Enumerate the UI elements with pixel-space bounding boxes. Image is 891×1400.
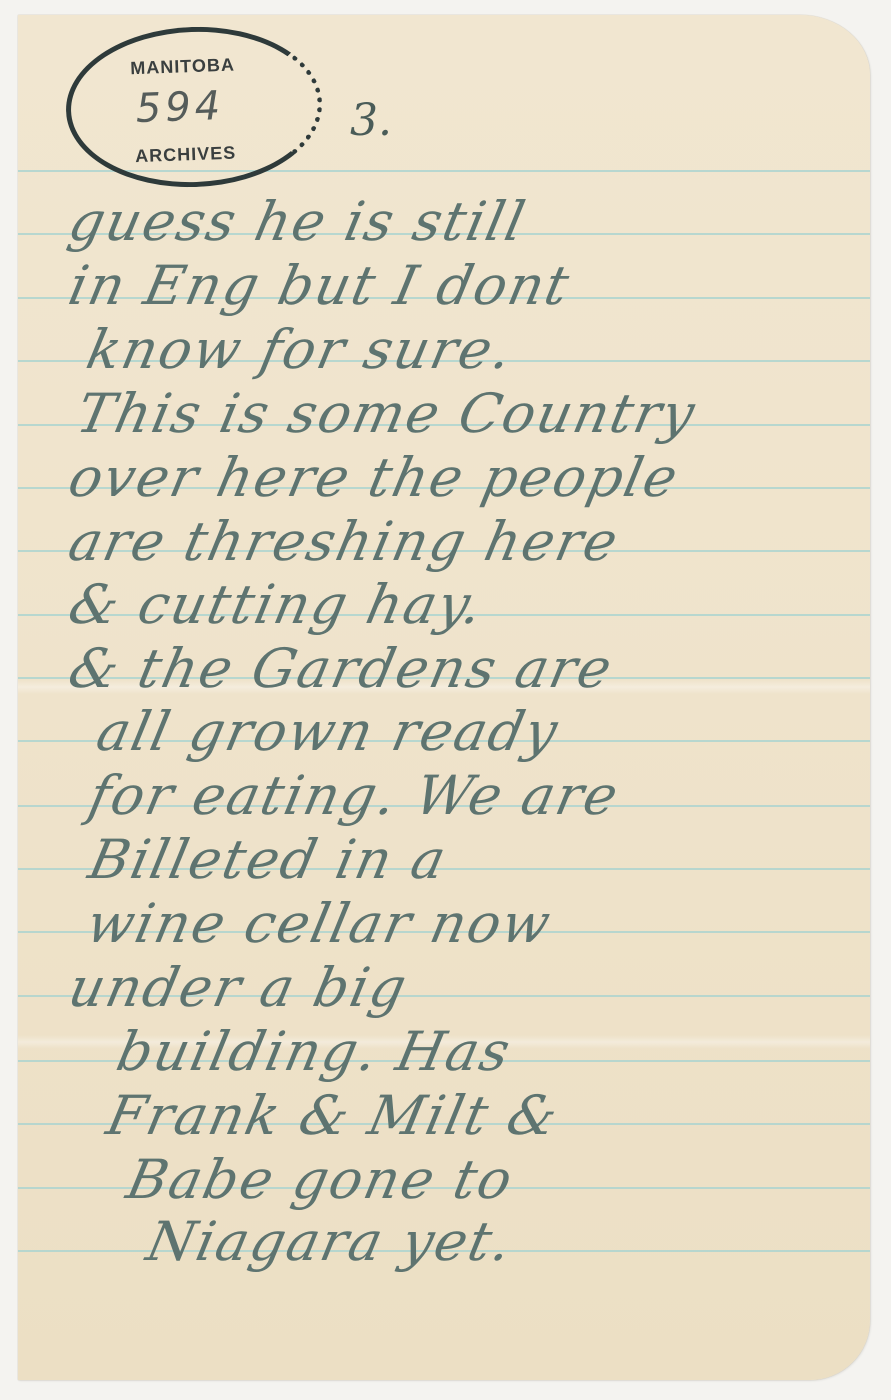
handwritten-line: & cutting hay. — [64, 578, 488, 632]
handwritten-line: Babe gone to — [122, 1153, 518, 1207]
handwritten-line: building. Has — [112, 1025, 516, 1079]
stamp-top-text: MANITOBA — [59, 52, 306, 82]
handwritten-line: over here the people — [64, 451, 684, 505]
stamp-bottom-text: ARCHIVES — [62, 140, 309, 170]
handwritten-line: & the Gardens are — [64, 642, 618, 696]
handwritten-line: guess he is still — [64, 195, 531, 249]
letter-page: MANITOBA 594 ARCHIVES 3. guess he is sti… — [18, 15, 870, 1380]
handwritten-line: for eating. We are — [84, 769, 624, 823]
handwritten-line: under a big — [64, 961, 412, 1015]
handwritten-line: wine cellar now — [82, 897, 556, 951]
handwritten-line: are threshing here — [64, 515, 624, 569]
archive-stamp: MANITOBA 594 ARCHIVES — [63, 23, 324, 192]
handwritten-line: Billeted in a — [84, 833, 452, 887]
handwritten-line: Niagara yet. — [142, 1215, 517, 1269]
handwritten-line: all grown ready — [92, 705, 563, 759]
handwritten-line: This is some Country — [72, 387, 701, 441]
page-number: 3. — [350, 95, 392, 146]
handwritten-line: know for sure. — [82, 323, 518, 377]
stamp-number: 594 — [56, 80, 303, 135]
handwritten-line: Frank & Milt & — [102, 1089, 564, 1143]
handwritten-line: in Eng but I dont — [64, 259, 575, 313]
